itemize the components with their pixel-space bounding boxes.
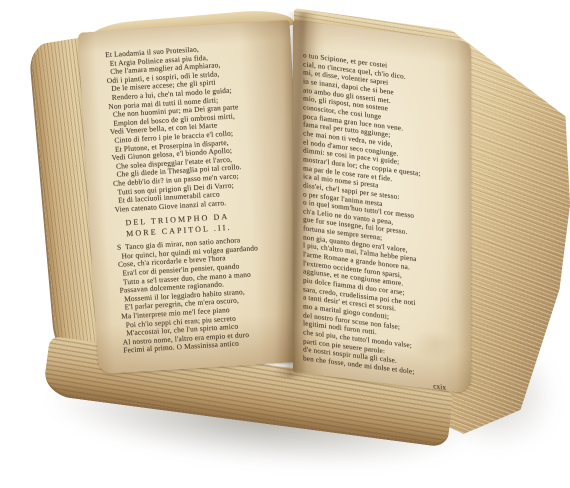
right-page-text-block: o tuo Scipione, et per costeicial, no t'… [303, 51, 456, 392]
left-page-verse-end-of-capitolo-1: Et Laodamia il suo Protesilao, Et Argia … [105, 40, 292, 214]
left-page: Et Laodamia il suo Protesilao, Et Argia … [78, 20, 310, 374]
right-page-verse: o tuo Scipione, et per costeicial, no t'… [303, 51, 456, 381]
left-page-verse-start-of-capitolo-2: S Tanco gia di mirar, non satio anchora … [117, 233, 300, 355]
photo-of-open-antique-book: Et Laodamia il suo Protesilao, Et Argia … [0, 0, 570, 488]
right-page: o tuo Scipione, et per costeicial, no t'… [293, 20, 471, 394]
left-page-text-block: Et Laodamia il suo Protesilao, Et Argia … [105, 40, 300, 355]
